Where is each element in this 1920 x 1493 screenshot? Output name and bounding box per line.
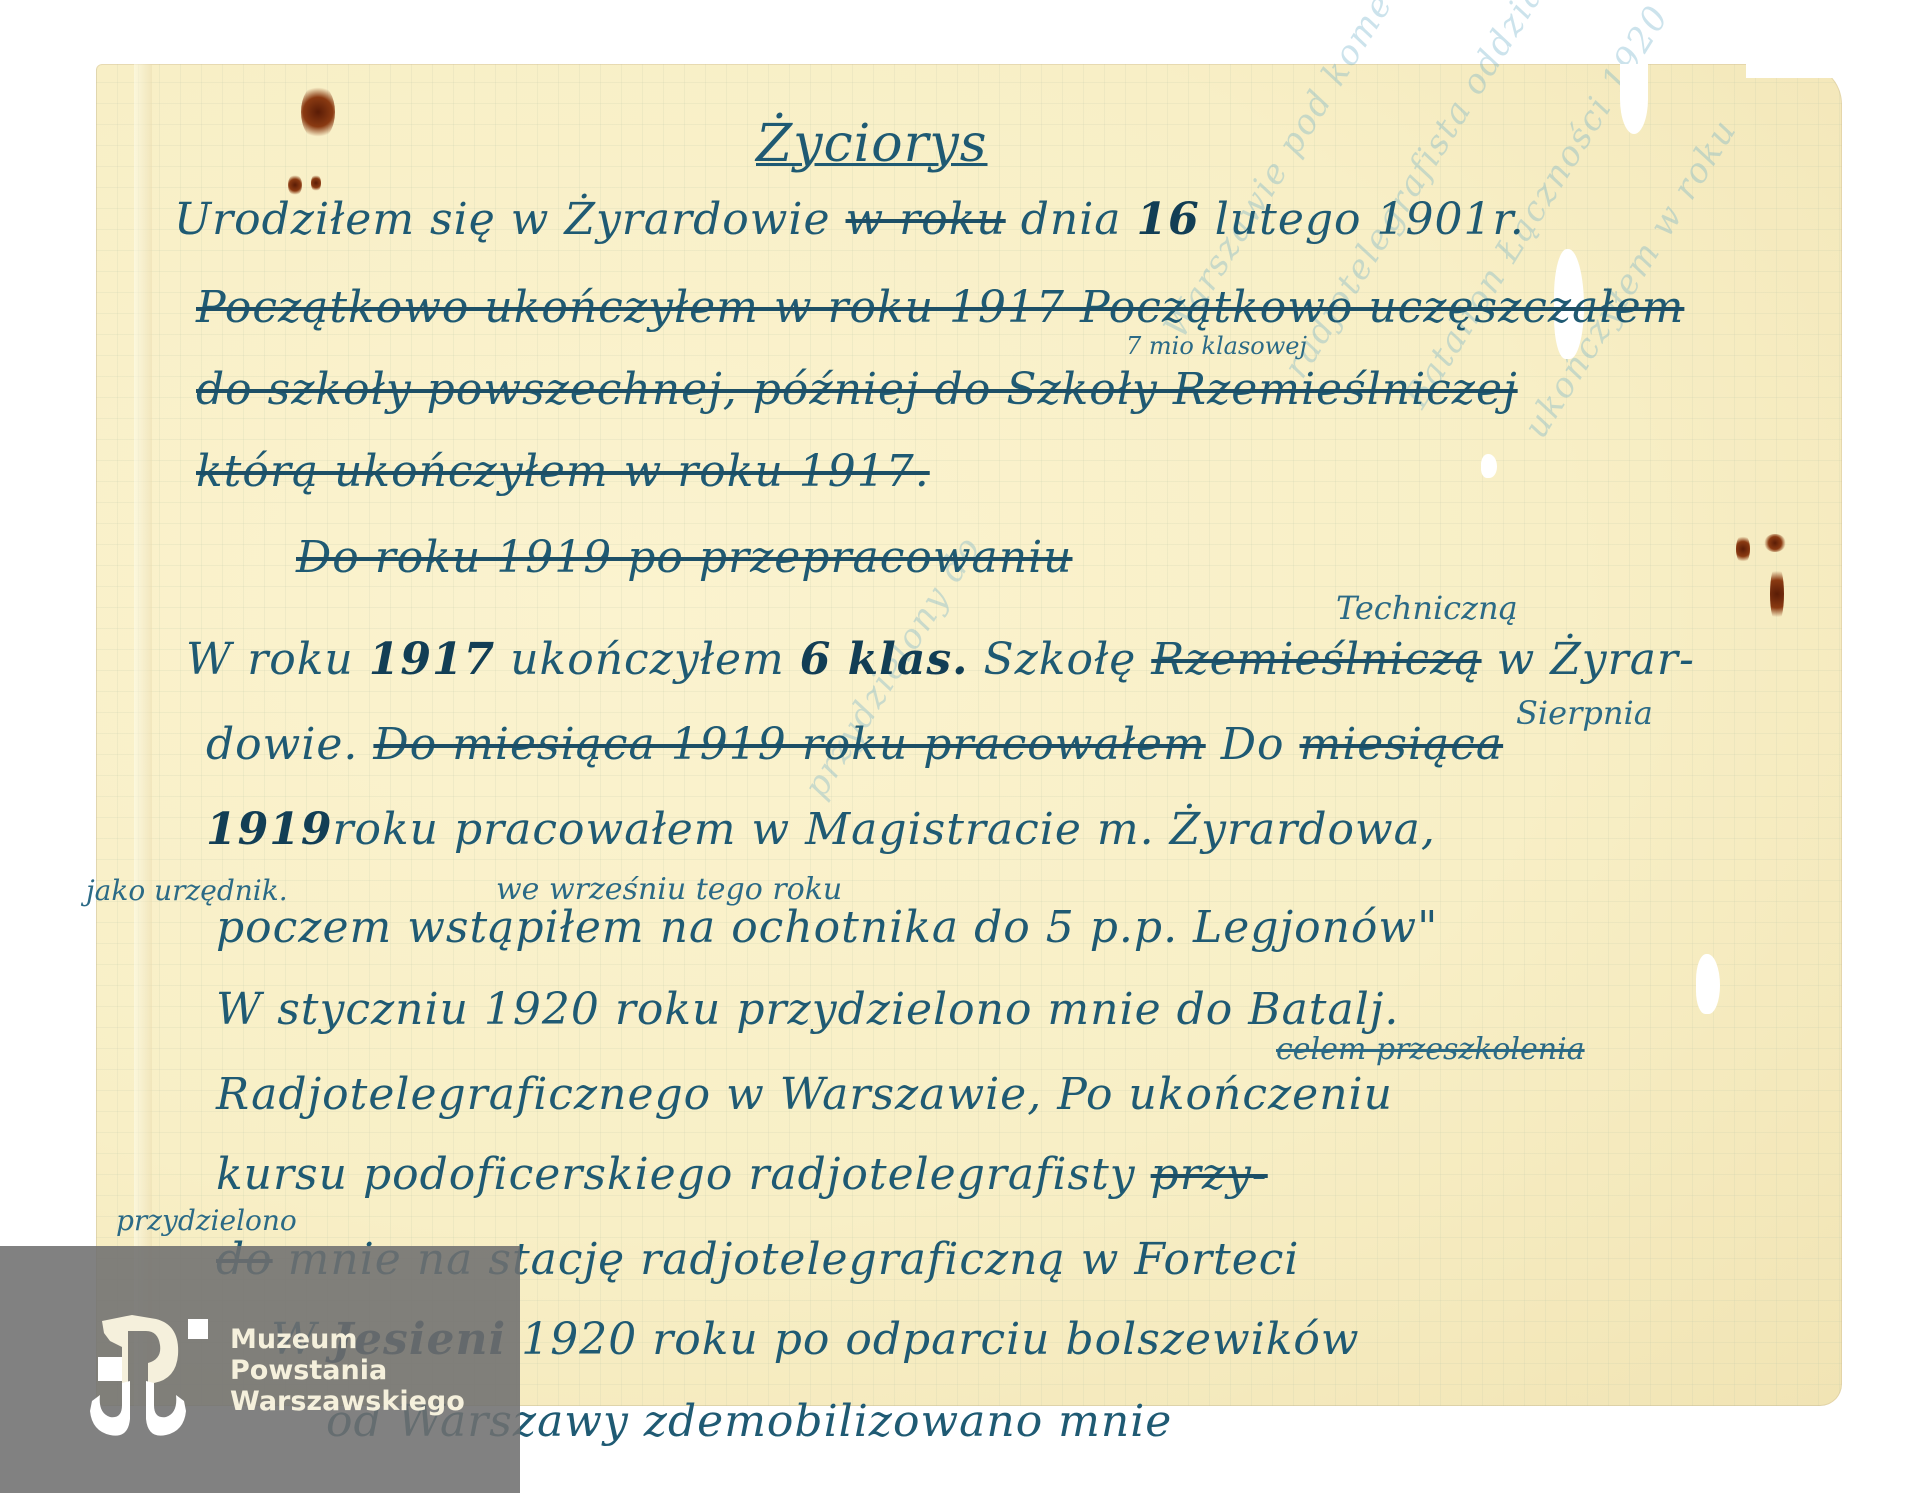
struck-text: miesiąca [1300,719,1504,770]
struck-text: Do miesiąca 1919 roku pracowałem [373,719,1205,770]
rust-stain [1736,534,1750,564]
year: 1917 [369,634,495,685]
handwritten-line-struck: Początkowo ukończyłem w roku 1917 Począt… [196,282,1684,333]
insertion-note: Sierpnia [1516,694,1653,732]
line-text: Szkołę [983,634,1136,685]
document-title: Życiorys [756,114,988,174]
struck-text: przy- [1151,1149,1268,1200]
handwritten-line: poczem wstąpiłem na ochotnika do 5 p.p. … [216,902,1438,953]
line-text: w Żyrar- [1497,634,1695,685]
line-text: W roku [186,634,354,685]
line-text: roku pracowałem w Magistracie m. Żyrardo… [332,804,1435,855]
paper-hole [1620,64,1648,134]
line-text: Radjotelegraficznego w Warszawie, [216,1069,1042,1120]
line-text: ukończyłem [510,634,785,685]
museum-name-line: Muzeum [230,1324,465,1355]
museum-watermark: Muzeum Powstania Warszawskiego [0,1246,520,1493]
rust-stain [311,174,321,192]
date-day: 16 [1137,194,1200,245]
handwritten-line-struck: Do roku 1919 po przepracowaniu [296,532,1073,583]
paper-hole [1696,954,1720,1014]
handwritten-line-struck: którą ukończyłem w roku 1917. [196,446,930,497]
scanned-document-page: Warszawie pod komendą radjotelegrafista … [96,64,1842,1406]
line-text: Do [1221,719,1285,770]
line-text: Urodziłem się w Żyrardowie [174,194,831,245]
insertion-note: Techniczną [1336,589,1518,627]
museum-name: Muzeum Powstania Warszawskiego [230,1324,465,1417]
paper-edge-tear [1746,64,1846,78]
rust-stain [301,84,335,140]
insertion-note: celem przeszkolenia [1276,1032,1585,1067]
insertion-note: 7 mio klasowej [1126,332,1307,360]
handwritten-line: W roku 1917 ukończyłem 6 klas. Szkołę Rz… [186,634,1695,685]
margin-note: przydzielono [116,1204,297,1237]
rust-stain [1764,534,1786,552]
struck-text: w roku [846,194,1006,245]
line-text: Po ukończeniu [1057,1069,1393,1120]
paper-hole [1481,454,1497,478]
handwritten-line: Urodziłem się w Żyrardowie w roku dnia 1… [174,194,1525,245]
year: 1919 [206,804,332,855]
line-text: kursu podoficerskiego radjotelegrafisty [216,1149,1136,1200]
rust-stain [1770,564,1784,624]
handwritten-line: W styczniu 1920 roku przydzielono mnie d… [216,984,1399,1035]
museum-name-line: Warszawskiego [230,1386,465,1417]
museum-name-line: Powstania [230,1355,465,1386]
kotwica-anchor-icon [70,1301,210,1441]
line-text: dnia [1021,194,1122,245]
handwritten-line: kursu podoficerskiego radjotelegrafisty … [216,1149,1268,1200]
date-rest: lutego 1901r. [1215,194,1525,245]
rust-stain [288,174,302,196]
class-count: 6 klas. [800,634,969,685]
handwritten-line: dowie. Do miesiąca 1919 roku pracowałem … [206,719,1503,770]
handwritten-line-struck: do szkoły powszechnej, później do Szkoły… [196,364,1518,415]
handwritten-line: 1919roku pracowałem w Magistracie m. Żyr… [206,804,1436,855]
line-text: dowie. [206,719,358,770]
handwritten-line: Radjotelegraficznego w Warszawie, Po uko… [216,1069,1393,1120]
struck-text: Rzemieślniczą [1151,634,1481,685]
